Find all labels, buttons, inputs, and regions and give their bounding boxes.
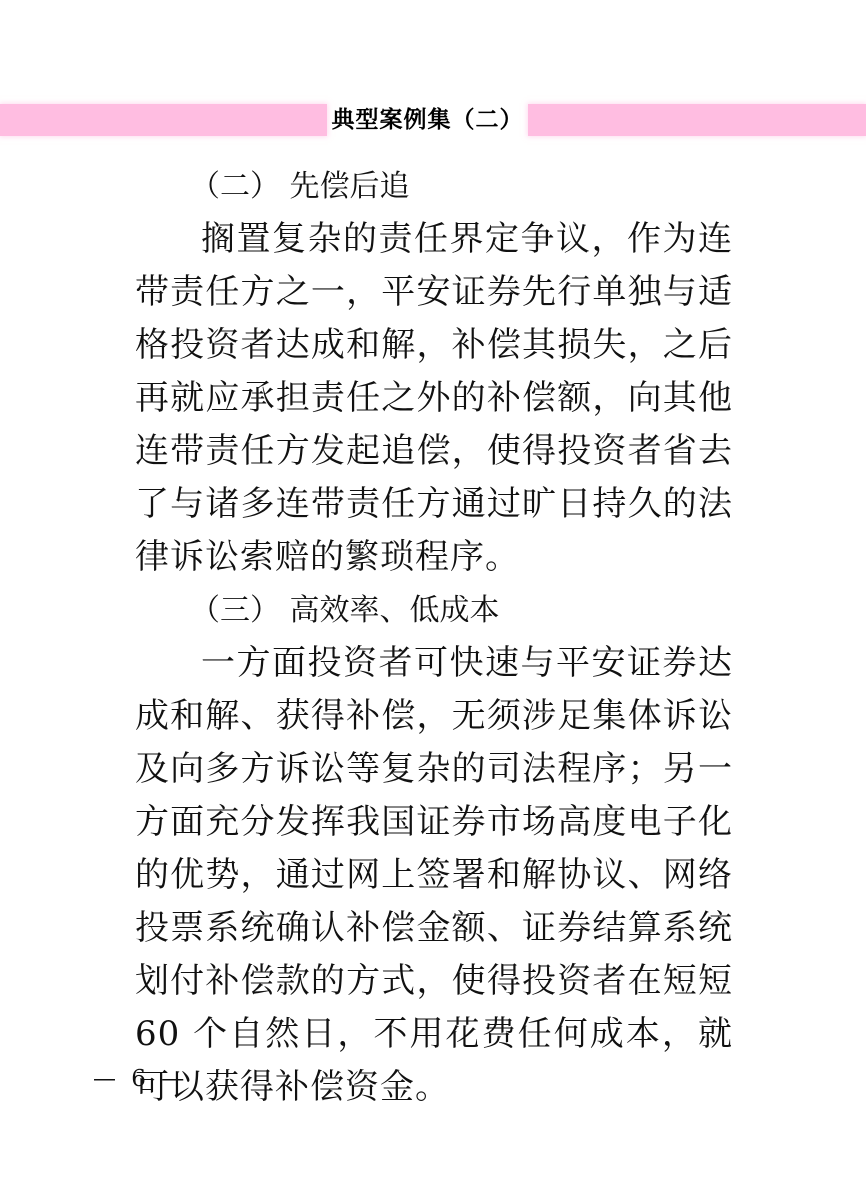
page-number: — 6 —: [93, 1066, 188, 1092]
header-band-left: [0, 104, 327, 136]
section-paragraph-first-compensate: 搁置复杂的责任界定争议，作为连带责任方之一，平安证券先行单独与适格投资者达成和解…: [135, 213, 733, 584]
page-content: （二） 先偿后追 搁置复杂的责任界定争议，作为连带责任方之一，平安证券先行单独与…: [135, 160, 733, 1114]
header-band-right: [528, 104, 866, 136]
section-paragraph-high-efficiency: 一方面投资者可快速与平安证券达成和解、获得补偿，无须涉足集体诉讼及向多方诉讼等复…: [135, 637, 733, 1114]
section-heading-first-compensate: （二） 先偿后追: [135, 160, 733, 213]
header-title: 典型案例集（二）: [327, 104, 528, 136]
section-heading-high-efficiency: （三） 高效率、低成本: [135, 584, 733, 637]
document-page: 典型案例集（二） （二） 先偿后追 搁置复杂的责任界定争议，作为连带责任方之一，…: [0, 0, 866, 1189]
running-head: 典型案例集（二）: [0, 104, 866, 136]
